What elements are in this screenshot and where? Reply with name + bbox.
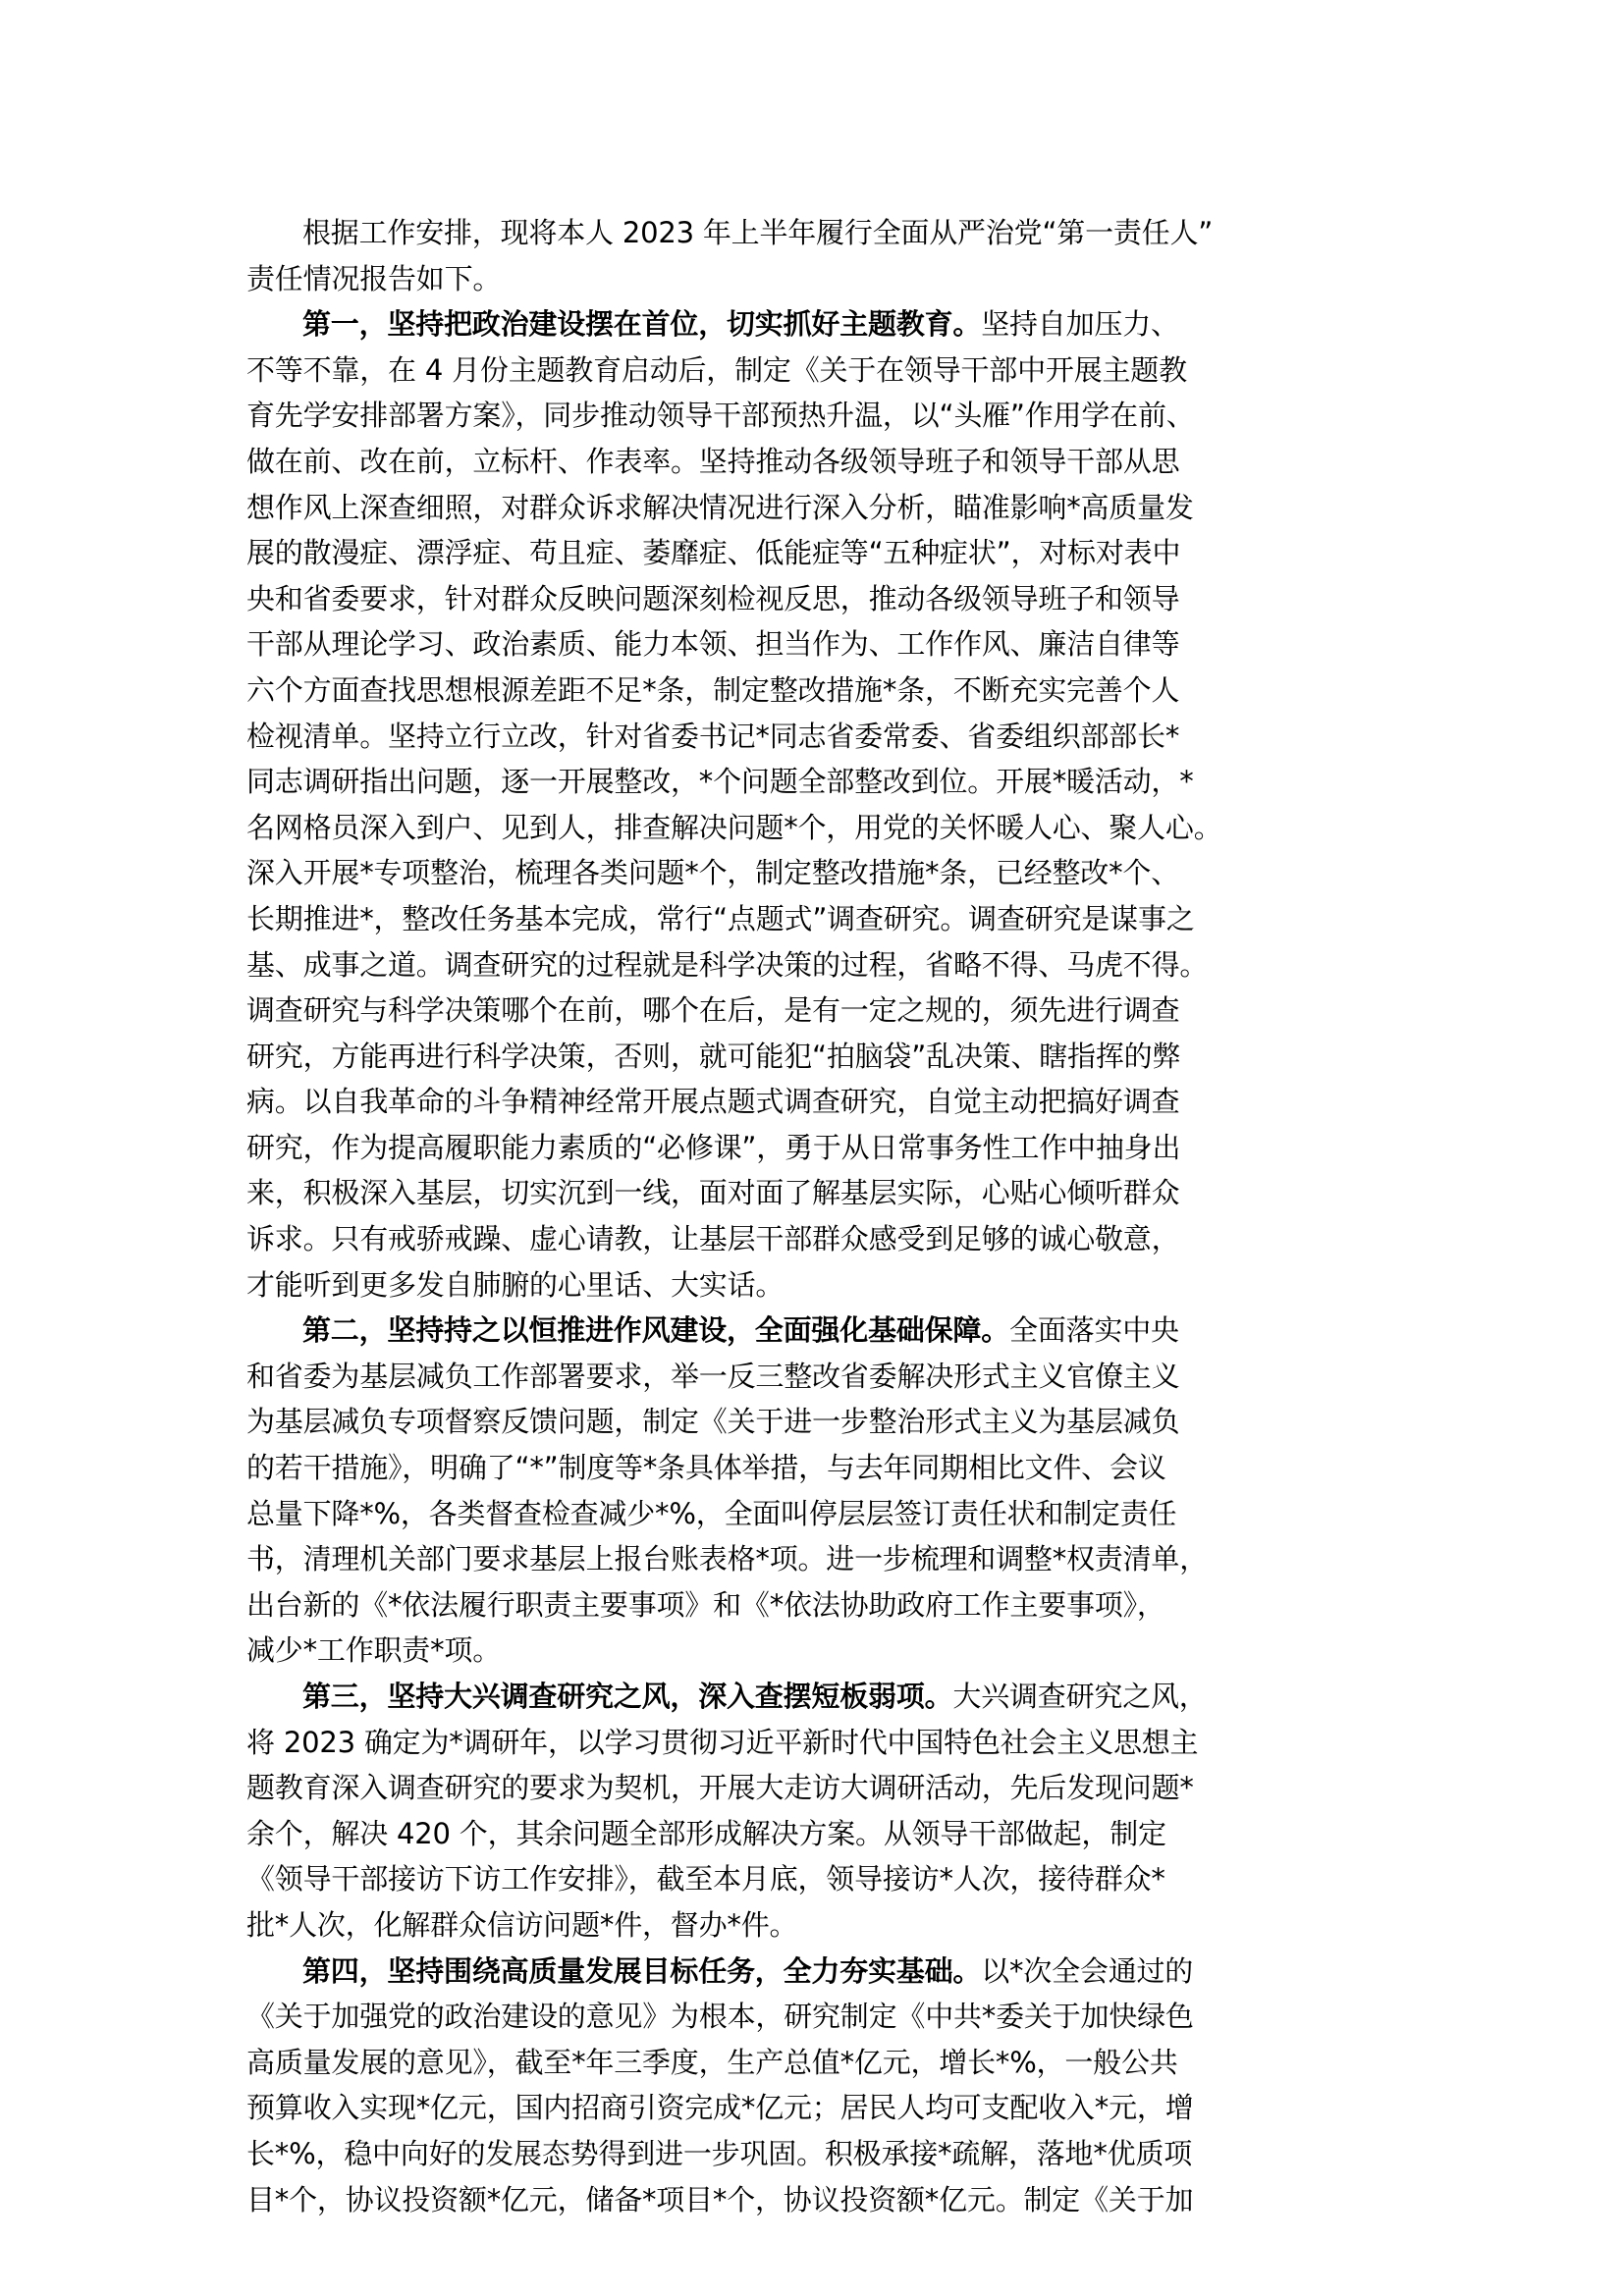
text-line: 第一，坚持把政治建设摆在首位，切实抓好主题教育。坚持自加压力、 bbox=[246, 301, 1385, 347]
text-line: 第四，坚持围绕高质量发展目标任务，全力夯实基础。以*次全会通过的 bbox=[246, 1949, 1385, 1995]
text-line: 检视清单。坚持立行立改，针对省委书记*同志省委常委、省委组织部部长* bbox=[246, 714, 1385, 760]
section-heading: 第四，坚持围绕高质量发展目标任务，全力夯实基础。 bbox=[302, 1954, 981, 1988]
text-line: 的若干措施》，明确了“*”制度等*条具体举措，与去年同期相比文件、会议 bbox=[246, 1445, 1385, 1491]
section-heading: 第三，坚持大兴调查研究之风，深入查摆短板弱项。 bbox=[302, 1680, 952, 1713]
paragraph-section-4: 第四，坚持围绕高质量发展目标任务，全力夯实基础。以*次全会通过的 《关于加强党的… bbox=[246, 1949, 1385, 2223]
text-line: 高质量发展的意见》，截至*年三季度，生产总值*亿元，增长*%，一般公共 bbox=[246, 2040, 1385, 2086]
paragraph-intro: 根据工作安排，现将本人 2023 年上半年履行全面从严治党“第一责任人” 责任情… bbox=[246, 210, 1385, 301]
text-line: 做在前、改在前，立标杆、作表率。坚持推动各级领导班子和领导干部从思 bbox=[246, 439, 1385, 485]
text-line: 长期推进*，整改任务基本完成，常行“点题式”调查研究。调查研究是谋事之 bbox=[246, 896, 1385, 942]
text-line: 责任情况报告如下。 bbox=[246, 256, 1385, 302]
text-line: 和省委为基层减负工作部署要求，举一反三整改省委解决形式主义官僚主义 bbox=[246, 1354, 1385, 1400]
text-line: 六个方面查找思想根源差距不足*条，制定整改措施*条，不断充实完善个人 bbox=[246, 667, 1385, 714]
text-line: 深入开展*专项整治，梳理各类问题*个，制定整改措施*条，已经整改*个、 bbox=[246, 850, 1385, 896]
text-line: 病。以自我革命的斗争精神经常开展点题式调查研究，自觉主动把搞好调查 bbox=[246, 1079, 1385, 1125]
text-line: 育先学安排部署方案》，同步推动领导干部预热升温，以“头雁”作用学在前、 bbox=[246, 393, 1385, 439]
text-line: 才能听到更多发自肺腑的心里话、大实话。 bbox=[246, 1262, 1385, 1308]
text-line: 题教育深入调查研究的要求为契机，开展大走访大调研活动，先后发现问题* bbox=[246, 1765, 1385, 1811]
text-line: 展的散漫症、漂浮症、苟且症、萎靡症、低能症等“五种症状”，对标对表中 bbox=[246, 530, 1385, 576]
text-line: 名网格员深入到户、见到人，排查解决问题*个，用党的关怀暖人心、聚人心。 bbox=[246, 805, 1385, 851]
section-text: 坚持自加压力、 bbox=[981, 307, 1179, 341]
text-line: 目*个，协议投资额*亿元，储备*项目*个，协议投资额*亿元。制定《关于加 bbox=[246, 2177, 1385, 2223]
text-line: 同志调研指出问题，逐一开展整改，*个问题全部整改到位。开展*暖活动，* bbox=[246, 759, 1385, 805]
text-line: 诉求。只有戒骄戒躁、虚心请教，让基层干部群众感受到足够的诚心敬意， bbox=[246, 1216, 1385, 1262]
text-line: 《领导干部接访下访工作安排》，截至本月底，领导接访*人次，接待群众* bbox=[246, 1856, 1385, 1902]
text-line: 研究，作为提高履职能力素质的“必修课”，勇于从日常事务性工作中抽身出 bbox=[246, 1125, 1385, 1171]
text-line: 基、成事之道。调查研究的过程就是科学决策的过程，省略不得、马虎不得。 bbox=[246, 942, 1385, 988]
text-line: 长*%，稳中向好的发展态势得到进一步巩固。积极承接*疏解，落地*优质项 bbox=[246, 2131, 1385, 2177]
section-heading: 第一，坚持把政治建设摆在首位，切实抓好主题教育。 bbox=[302, 307, 981, 341]
text-line: 第三，坚持大兴调查研究之风，深入查摆短板弱项。大兴调查研究之风， bbox=[246, 1674, 1385, 1720]
text-line: 批*人次，化解群众信访问题*件，督办*件。 bbox=[246, 1902, 1385, 1949]
section-text: 以*次全会通过的 bbox=[981, 1954, 1193, 1988]
text-line: 减少*工作职责*项。 bbox=[246, 1628, 1385, 1674]
text-line: 为基层减负专项督察反馈问题，制定《关于进一步整治形式主义为基层减负 bbox=[246, 1399, 1385, 1445]
text-line: 第二，坚持持之以恒推进作风建设，全面强化基础保障。全面落实中央 bbox=[246, 1308, 1385, 1354]
text-line: 央和省委要求，针对群众反映问题深刻检视反思，推动各级领导班子和领导 bbox=[246, 576, 1385, 622]
text-line: 书，清理机关部门要求基层上报台账表格*项。进一步梳理和调整*权责清单， bbox=[246, 1536, 1385, 1582]
document-page: 根据工作安排，现将本人 2023 年上半年履行全面从严治党“第一责任人” 责任情… bbox=[0, 0, 1624, 2296]
text-line: 调查研究与科学决策哪个在前，哪个在后，是有一定之规的，须先进行调查 bbox=[246, 988, 1385, 1034]
text-line: 余个，解决 420 个，其余问题全部形成解决方案。从领导干部做起，制定 bbox=[246, 1811, 1385, 1857]
text-line: 研究，方能再进行科学决策，否则，就可能犯“拍脑袋”乱决策、瞎指挥的弊 bbox=[246, 1034, 1385, 1080]
paragraph-section-3: 第三，坚持大兴调查研究之风，深入查摆短板弱项。大兴调查研究之风， 将 2023 … bbox=[246, 1674, 1385, 1949]
paragraph-section-1: 第一，坚持把政治建设摆在首位，切实抓好主题教育。坚持自加压力、 不等不靠，在 4… bbox=[246, 301, 1385, 1308]
text-line: 不等不靠，在 4 月份主题教育启动后，制定《关于在领导干部中开展主题教 bbox=[246, 347, 1385, 394]
section-text: 大兴调查研究之风， bbox=[952, 1680, 1207, 1713]
text-line: 根据工作安排，现将本人 2023 年上半年履行全面从严治党“第一责任人” bbox=[246, 210, 1385, 256]
text-line: 总量下降*%，各类督查检查减少*%，全面叫停层层签订责任状和制定责任 bbox=[246, 1491, 1385, 1537]
section-text: 全面落实中央 bbox=[1009, 1313, 1179, 1347]
document-body: 根据工作安排，现将本人 2023 年上半年履行全面从严治党“第一责任人” 责任情… bbox=[246, 210, 1385, 2222]
text-line: 预算收入实现*亿元，国内招商引资完成*亿元；居民人均可支配收入*元，增 bbox=[246, 2085, 1385, 2131]
text-line: 来，积极深入基层，切实沉到一线，面对面了解基层实际，心贴心倾听群众 bbox=[246, 1170, 1385, 1216]
text-line: 将 2023 确定为*调研年，以学习贯彻习近平新时代中国特色社会主义思想主 bbox=[246, 1720, 1385, 1766]
paragraph-section-2: 第二，坚持持之以恒推进作风建设，全面强化基础保障。全面落实中央 和省委为基层减负… bbox=[246, 1308, 1385, 1674]
text-line: 《关于加强党的政治建设的意见》为根本，研究制定《中共*委关于加快绿色 bbox=[246, 1994, 1385, 2040]
text-line: 想作风上深查细照，对群众诉求解决情况进行深入分析，瞄准影响*高质量发 bbox=[246, 485, 1385, 531]
section-heading: 第二，坚持持之以恒推进作风建设，全面强化基础保障。 bbox=[302, 1313, 1009, 1347]
text-line: 干部从理论学习、政治素质、能力本领、担当作为、工作作风、廉洁自律等 bbox=[246, 621, 1385, 667]
text-line: 出台新的《*依法履行职责主要事项》和《*依法协助政府工作主要事项》， bbox=[246, 1582, 1385, 1629]
